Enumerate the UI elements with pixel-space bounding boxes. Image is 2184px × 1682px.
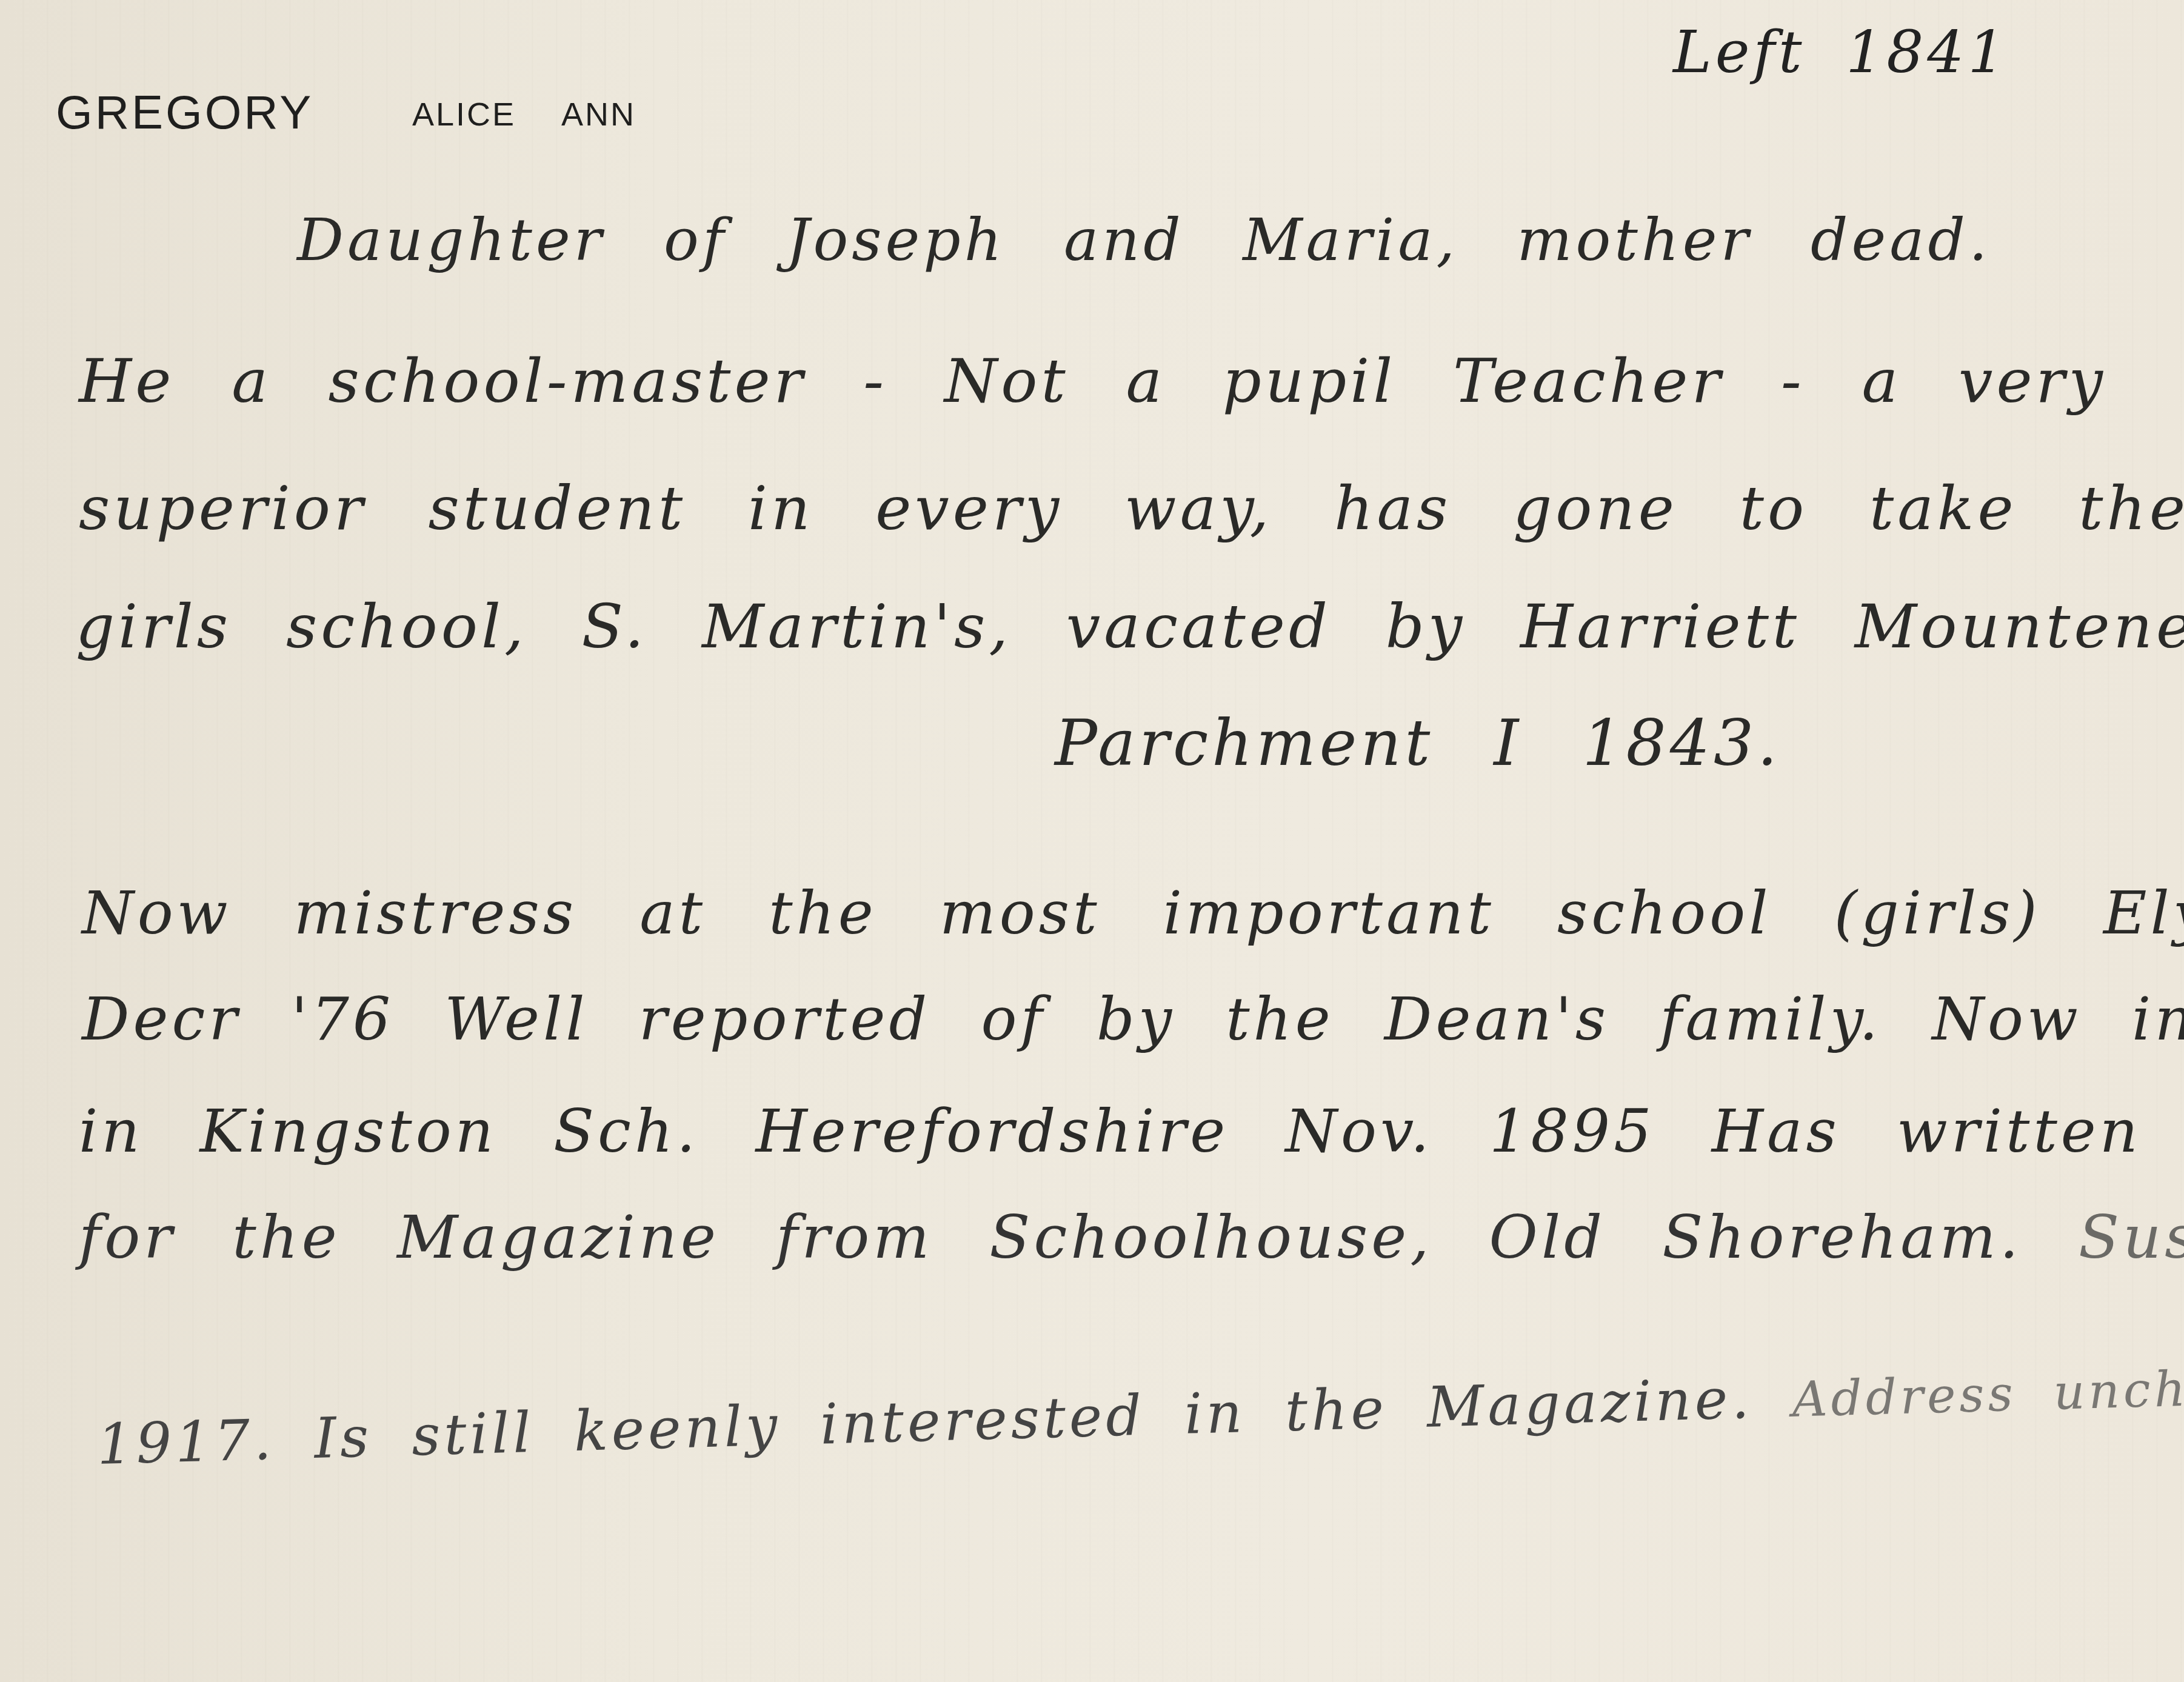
later-career-line-2: Decr '76 Well reported of by the Dean's … <box>82 985 2184 1054</box>
parchment-note: Parchment I 1843. <box>1055 706 1781 780</box>
description-line-3: girls school, S. Martin's, vacated by Ha… <box>76 591 2184 662</box>
surname: GREGORY <box>56 85 313 140</box>
left-year-note: Left 1841 <box>1673 18 2009 86</box>
note-1917: 1917. Is still keenly interested in the … <box>96 1349 2184 1477</box>
description-line-2: superior student in every way, has gone … <box>79 473 2184 544</box>
register-card: GREGORY ALICE ANN Left 1841 Daughter of … <box>0 0 2184 1682</box>
forenames: ALICE ANN <box>412 96 636 133</box>
later-career-line-4: for the Magazine from Schoolhouse, Old S… <box>79 1203 2184 1272</box>
later-career-line-4-main: for the Magazine from Schoolhouse, Old S… <box>79 1203 2022 1272</box>
note-1917-faded: Address unchanged. <box>1791 1355 2184 1428</box>
later-career-line-1: Now mistress at the most important schoo… <box>82 879 2184 948</box>
parentage-line: Daughter of Joseph and Maria, mother dea… <box>297 206 1991 274</box>
note-1917-main: 1917. Is still keenly interested in the … <box>96 1366 1754 1477</box>
later-career-line-3: in Kingston Sch. Herefordshire Nov. 1895… <box>79 1097 2142 1166</box>
description-line-1: He a school-master - Not a pupil Teacher… <box>79 345 2106 416</box>
later-career-line-4-faded: Sussex. <box>2079 1203 2184 1272</box>
